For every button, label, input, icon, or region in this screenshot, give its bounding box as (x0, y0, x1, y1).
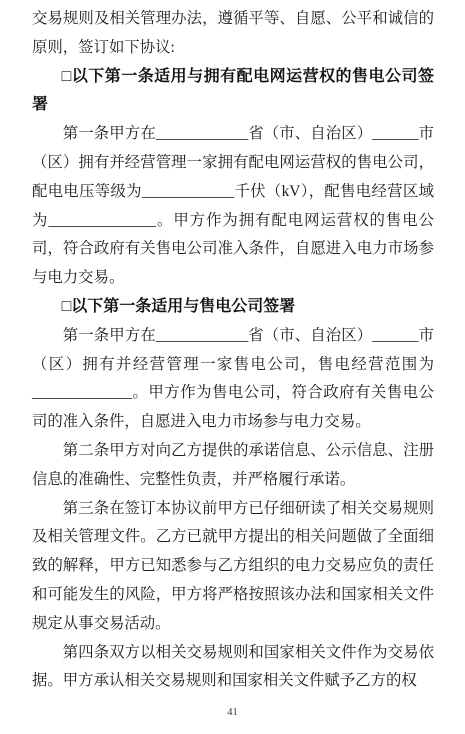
document-page: 交易规则及相关管理办法，遵循平等、自愿、公平和诚信的原则，签订如下协议: □以下… (0, 0, 465, 734)
section-heading-distribution-grid-company: □以下第一条适用与拥有配电网运营权的售电公司签署 (32, 63, 434, 121)
paragraph-article1-retail: 第一条甲方在____________省（市、自治区）______市（区）拥有并经… (32, 322, 434, 437)
paragraph-article3: 第三条在签订本协议前甲方已仔细研读了相关交易规则及相关管理文件。乙方已就甲方提出… (32, 495, 434, 639)
paragraph-intro-continuation: 交易规则及相关管理办法，遵循平等、自愿、公平和诚信的原则，签订如下协议: (32, 5, 434, 63)
section-heading-retail-company: □以下第一条适用与售电公司签署 (32, 293, 434, 322)
page-number: 41 (0, 706, 465, 720)
paragraph-article2: 第二条甲方对向乙方提供的承诺信息、公示信息、注册信息的准确性、完整性负责，并严格… (32, 437, 434, 495)
paragraph-article4: 第四条双方以相关交易规则和国家相关文件作为交易依据。甲方承认相关交易规则和国家相… (32, 639, 434, 697)
paragraph-article1-distribution-grid: 第一条甲方在____________省（市、自治区）______市（区）拥有并经… (32, 120, 434, 293)
